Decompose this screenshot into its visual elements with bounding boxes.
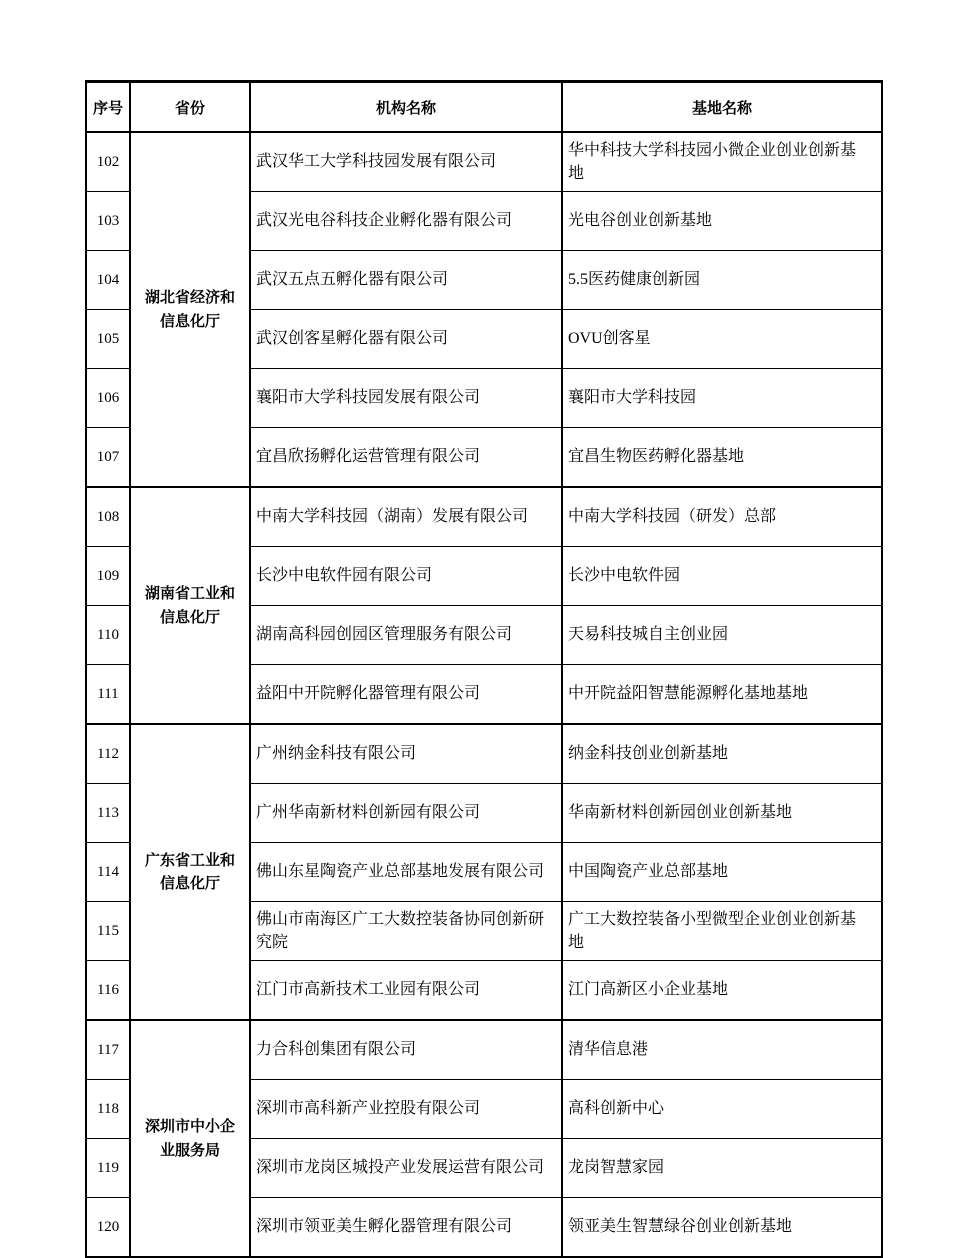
org-cell: 深圳市领亚美生孵化器管理有限公司 xyxy=(250,1198,562,1258)
base-cell: 中国陶瓷产业总部基地 xyxy=(562,843,882,902)
column-header-org: 机构名称 xyxy=(250,82,562,133)
table-row: 102湖北省经济和信息化厅武汉华工大学科技园发展有限公司华中科技大学科技园小微企… xyxy=(86,132,882,192)
province-cell: 深圳市中小企业服务局 xyxy=(130,1020,250,1257)
org-cell: 长沙中电软件园有限公司 xyxy=(250,547,562,606)
org-cell: 广州华南新材料创新园有限公司 xyxy=(250,784,562,843)
org-cell: 佛山东星陶瓷产业总部基地发展有限公司 xyxy=(250,843,562,902)
province-cell: 湖北省经济和信息化厅 xyxy=(130,132,250,487)
base-cell: 天易科技城自主创业园 xyxy=(562,606,882,665)
org-cell: 江门市高新技术工业园有限公司 xyxy=(250,961,562,1021)
column-header-base: 基地名称 xyxy=(562,82,882,133)
base-cell: 领亚美生智慧绿谷创业创新基地 xyxy=(562,1198,882,1258)
base-cell: 襄阳市大学科技园 xyxy=(562,369,882,428)
seq-cell: 106 xyxy=(86,369,130,428)
province-cell: 广东省工业和信息化厅 xyxy=(130,724,250,1020)
base-cell: OVU创客星 xyxy=(562,310,882,369)
table-body: 102湖北省经济和信息化厅武汉华工大学科技园发展有限公司华中科技大学科技园小微企… xyxy=(86,132,882,1257)
seq-cell: 114 xyxy=(86,843,130,902)
bases-table: 序号 省份 机构名称 基地名称 102湖北省经济和信息化厅武汉华工大学科技园发展… xyxy=(85,80,883,1258)
base-cell: 中开院益阳智慧能源孵化基地基地 xyxy=(562,665,882,725)
org-cell: 宜昌欣扬孵化运营管理有限公司 xyxy=(250,428,562,488)
seq-cell: 105 xyxy=(86,310,130,369)
base-cell: 宜昌生物医药孵化器基地 xyxy=(562,428,882,488)
org-cell: 力合科创集团有限公司 xyxy=(250,1020,562,1080)
base-cell: 5.5医药健康创新园 xyxy=(562,251,882,310)
table-row: 108湖南省工业和信息化厅中南大学科技园（湖南）发展有限公司中南大学科技园（研发… xyxy=(86,487,882,547)
base-cell: 广工大数控装备小型微型企业创业创新基地 xyxy=(562,902,882,961)
base-cell: 中南大学科技园（研发）总部 xyxy=(562,487,882,547)
base-cell: 江门高新区小企业基地 xyxy=(562,961,882,1021)
org-cell: 中南大学科技园（湖南）发展有限公司 xyxy=(250,487,562,547)
base-cell: 长沙中电软件园 xyxy=(562,547,882,606)
org-cell: 湖南高科园创园区管理服务有限公司 xyxy=(250,606,562,665)
base-cell: 龙岗智慧家园 xyxy=(562,1139,882,1198)
org-cell: 武汉华工大学科技园发展有限公司 xyxy=(250,132,562,192)
seq-cell: 116 xyxy=(86,961,130,1021)
seq-cell: 107 xyxy=(86,428,130,488)
document-page: 序号 省份 机构名称 基地名称 102湖北省经济和信息化厅武汉华工大学科技园发展… xyxy=(0,0,966,1186)
seq-cell: 102 xyxy=(86,132,130,192)
org-cell: 广州纳金科技有限公司 xyxy=(250,724,562,784)
seq-cell: 120 xyxy=(86,1198,130,1258)
seq-cell: 108 xyxy=(86,487,130,547)
seq-cell: 103 xyxy=(86,192,130,251)
org-cell: 武汉创客星孵化器有限公司 xyxy=(250,310,562,369)
base-cell: 高科创新中心 xyxy=(562,1080,882,1139)
base-cell: 清华信息港 xyxy=(562,1020,882,1080)
seq-cell: 110 xyxy=(86,606,130,665)
org-cell: 武汉光电谷科技企业孵化器有限公司 xyxy=(250,192,562,251)
seq-cell: 113 xyxy=(86,784,130,843)
table-row: 117深圳市中小企业服务局力合科创集团有限公司清华信息港 xyxy=(86,1020,882,1080)
org-cell: 深圳市龙岗区城投产业发展运营有限公司 xyxy=(250,1139,562,1198)
org-cell: 襄阳市大学科技园发展有限公司 xyxy=(250,369,562,428)
seq-cell: 119 xyxy=(86,1139,130,1198)
seq-cell: 117 xyxy=(86,1020,130,1080)
org-cell: 益阳中开院孵化器管理有限公司 xyxy=(250,665,562,725)
base-cell: 华中科技大学科技园小微企业创业创新基地 xyxy=(562,132,882,192)
org-cell: 武汉五点五孵化器有限公司 xyxy=(250,251,562,310)
base-cell: 华南新材料创新园创业创新基地 xyxy=(562,784,882,843)
column-header-seq: 序号 xyxy=(86,82,130,133)
table-row: 112广东省工业和信息化厅广州纳金科技有限公司纳金科技创业创新基地 xyxy=(86,724,882,784)
province-cell: 湖南省工业和信息化厅 xyxy=(130,487,250,724)
seq-cell: 104 xyxy=(86,251,130,310)
seq-cell: 109 xyxy=(86,547,130,606)
seq-cell: 115 xyxy=(86,902,130,961)
column-header-province: 省份 xyxy=(130,82,250,133)
table-header: 序号 省份 机构名称 基地名称 xyxy=(86,82,882,133)
header-row: 序号 省份 机构名称 基地名称 xyxy=(86,82,882,133)
base-cell: 纳金科技创业创新基地 xyxy=(562,724,882,784)
seq-cell: 112 xyxy=(86,724,130,784)
org-cell: 深圳市高科新产业控股有限公司 xyxy=(250,1080,562,1139)
seq-cell: 111 xyxy=(86,665,130,725)
seq-cell: 118 xyxy=(86,1080,130,1139)
base-cell: 光电谷创业创新基地 xyxy=(562,192,882,251)
org-cell: 佛山市南海区广工大数控装备协同创新研究院 xyxy=(250,902,562,961)
